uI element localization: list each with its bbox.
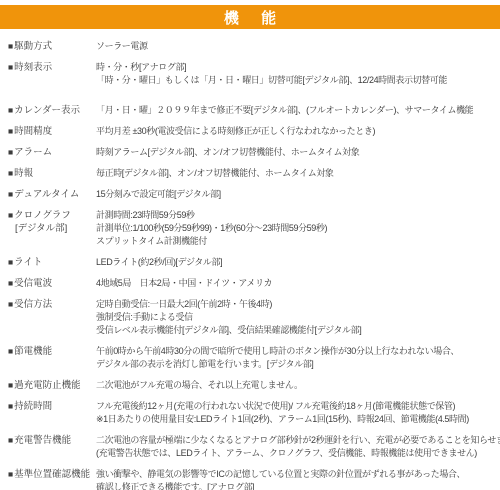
row-label: ■カレンダー表示	[8, 104, 96, 117]
row-label: ■過充電防止機能	[8, 379, 96, 392]
row-value-line: 毎正時[デジタル部]、オン/オフ切替機能付、ホームタイム対象	[96, 167, 498, 180]
table-row: ■時刻表示時・分・秒[アナログ部]「時・分・曜日」もしくは「月・日・曜日」切替可…	[8, 61, 498, 87]
row-label: ■時報	[8, 167, 96, 180]
row-label-line: ■ライト	[8, 256, 96, 269]
bullet-square-icon: ■	[8, 62, 13, 72]
row-value: 定時自動受信:一日最大2回(午前2時・午後4時)強制受信:手動による受信受信レベ…	[96, 298, 498, 337]
row-value: LEDライト(約2秒/回)[デジタル部]	[96, 256, 498, 269]
row-value-line: 定時自動受信:一日最大2回(午前2時・午後4時)	[96, 298, 498, 311]
spec-table: ■駆動方式ソーラー電源■時刻表示時・分・秒[アナログ部]「時・分・曜日」もしくは…	[0, 29, 500, 490]
row-label-text: 時報	[14, 168, 33, 179]
table-row: ■時間精度平均月差 ±30秒(電波受信による時刻修正が正しく行なわれなかったとき…	[8, 125, 498, 138]
row-label-text: クロノグラフ	[14, 210, 71, 221]
row-label-text: カレンダー表示	[14, 105, 80, 116]
row-label-text: ライト	[14, 257, 42, 268]
row-label-text: 充電警告機能	[14, 435, 71, 446]
row-label-text: 基準位置確認機能	[14, 469, 90, 480]
row-label-text: アラーム	[14, 147, 52, 158]
row-value: 平均月差 ±30秒(電波受信による時刻修正が正しく行なわれなかったとき)	[96, 125, 498, 138]
row-label-line: ■受信方法	[8, 298, 96, 311]
table-row: ■カレンダー表示「月・日・曜」２０９９年まで修正不要[デジタル部]、(フルオート…	[8, 104, 498, 117]
table-row: ■駆動方式ソーラー電源	[8, 40, 498, 53]
table-row: ■過充電防止機能二次電池がフル充電の場合、それ以上充電しません。	[8, 379, 498, 392]
row-value: 二次電池の容量が極端に少なくなるとアナログ部秒針が2秒運針を行い、充電が必要であ…	[96, 434, 500, 460]
row-value-line: (充電警告状態では、LEDライト、アラーム、クロノグラフ、受信機能、時報機能は使…	[96, 447, 500, 460]
row-value-line: フル充電後約12ヶ月(充電の行われない状況で使用)/ フル充電後約18ヶ月(節電…	[96, 400, 498, 413]
row-label-line: ■アラーム	[8, 146, 96, 159]
row-value: 午前0時から午前4時30分の間で暗所で使用し時計のボタン操作が30分以上行なわれ…	[96, 345, 498, 371]
bullet-square-icon: ■	[8, 147, 13, 157]
row-label-line: ■時刻表示	[8, 61, 96, 74]
bullet-square-icon: ■	[8, 299, 13, 309]
row-label-text: 駆動方式	[14, 41, 52, 52]
row-value-line: 計測時間:23時間59分59秒	[96, 209, 498, 222]
row-label-text: 持続時間	[14, 401, 52, 412]
row-label-text: 受信電波	[14, 278, 52, 289]
row-label: ■節電機能	[8, 345, 96, 358]
row-value: 15分刻みで設定可能[デジタル部]	[96, 188, 498, 201]
row-value: 二次電池がフル充電の場合、それ以上充電しません。	[96, 379, 498, 392]
row-value-line: 強い衝撃や、静電気の影響等でICの記憶している位置と実際の針位置がずれる事があっ…	[96, 468, 498, 481]
row-value: ソーラー電源	[96, 40, 498, 53]
bullet-square-icon: ■	[8, 168, 13, 178]
row-label-line: ■節電機能	[8, 345, 96, 358]
row-label-line: ■基準位置確認機能	[8, 468, 96, 481]
section-title: 機 能	[215, 7, 285, 28]
row-label: ■アラーム	[8, 146, 96, 159]
row-value-line: 受信レベル表示機能付[デジタル部]、受信結果確認機能付[デジタル部]	[96, 324, 498, 337]
row-label-line: ■カレンダー表示	[8, 104, 96, 117]
table-row: ■持続時間フル充電後約12ヶ月(充電の行われない状況で使用)/ フル充電後約18…	[8, 400, 498, 426]
row-value-line: 時刻アラーム[デジタル部]、オン/オフ切替機能付、ホームタイム対象	[96, 146, 498, 159]
table-row: ■デュアルタイム15分刻みで設定可能[デジタル部]	[8, 188, 498, 201]
row-value-line: 時・分・秒[アナログ部]	[96, 61, 498, 74]
row-label-line: ■デュアルタイム	[8, 188, 96, 201]
row-value-line: 二次電池の容量が極端に少なくなるとアナログ部秒針が2秒運針を行い、充電が必要であ…	[96, 434, 500, 447]
row-label: ■充電警告機能	[8, 434, 96, 447]
row-label-line: ■クロノグラフ	[8, 209, 96, 222]
row-label-line: ■駆動方式	[8, 40, 96, 53]
table-row: ■受信方法定時自動受信:一日最大2回(午前2時・午後4時)強制受信:手動による受…	[8, 298, 498, 337]
row-label: ■受信方法	[8, 298, 96, 311]
table-row: ■受信電波4地域5局 日本2局・中国・ドイツ・アメリカ	[8, 277, 498, 290]
row-label: ■受信電波	[8, 277, 96, 290]
row-value: 4地域5局 日本2局・中国・ドイツ・アメリカ	[96, 277, 498, 290]
row-value: フル充電後約12ヶ月(充電の行われない状況で使用)/ フル充電後約18ヶ月(節電…	[96, 400, 498, 426]
bullet-square-icon: ■	[8, 105, 13, 115]
row-label-line: ■時間精度	[8, 125, 96, 138]
row-label-text: 受信方法	[14, 299, 52, 310]
row-label-text: 時間精度	[14, 126, 52, 137]
row-value-line: スプリットタイム計測機能付	[96, 235, 498, 248]
row-label: ■デュアルタイム	[8, 188, 96, 201]
row-label: ■クロノグラフ[デジタル部]	[8, 209, 96, 235]
bullet-square-icon: ■	[8, 126, 13, 136]
row-value: 強い衝撃や、静電気の影響等でICの記憶している位置と実際の針位置がずれる事があっ…	[96, 468, 498, 490]
row-value-line: 二次電池がフル充電の場合、それ以上充電しません。	[96, 379, 498, 392]
row-label-text: 過充電防止機能	[14, 380, 81, 391]
row-value-line: 「時・分・曜日」もしくは「月・日・曜日」切替可能[デジタル部]、12/24時間表…	[96, 74, 498, 87]
row-value-line: 15分刻みで設定可能[デジタル部]	[96, 188, 498, 201]
row-value: 計測時間:23時間59分59秒計測単位:1/100秒(59分59秒99)・1秒(…	[96, 209, 498, 248]
row-value-line: 計測単位:1/100秒(59分59秒99)・1秒(60分〜23時間59分59秒)	[96, 222, 498, 235]
row-label: ■ライト	[8, 256, 96, 269]
row-value-line: ソーラー電源	[96, 40, 498, 53]
row-label: ■持続時間	[8, 400, 96, 413]
row-label-text: 時刻表示	[14, 62, 52, 73]
bullet-square-icon: ■	[8, 401, 13, 411]
bullet-square-icon: ■	[8, 435, 13, 445]
table-row: ■クロノグラフ[デジタル部]計測時間:23時間59分59秒計測単位:1/100秒…	[8, 209, 498, 248]
row-value: 毎正時[デジタル部]、オン/オフ切替機能付、ホームタイム対象	[96, 167, 498, 180]
bullet-square-icon: ■	[8, 189, 13, 199]
bullet-square-icon: ■	[8, 380, 13, 390]
bullet-square-icon: ■	[8, 469, 13, 479]
bullet-square-icon: ■	[8, 210, 13, 220]
table-row: ■アラーム時刻アラーム[デジタル部]、オン/オフ切替機能付、ホームタイム対象	[8, 146, 498, 159]
row-value-line: LEDライト(約2秒/回)[デジタル部]	[96, 256, 498, 269]
row-value-line: 4地域5局 日本2局・中国・ドイツ・アメリカ	[96, 277, 498, 290]
row-label-text: 節電機能	[14, 346, 52, 357]
row-label-line: ■時報	[8, 167, 96, 180]
row-label-line2: [デジタル部]	[8, 222, 96, 235]
row-value-line: ※1日あたりの使用量目安:LEDライト1回(2秒)、アラーム1回(15秒)、時報…	[96, 413, 498, 426]
bullet-square-icon: ■	[8, 257, 13, 267]
row-label: ■駆動方式	[8, 40, 96, 53]
row-label: ■時間精度	[8, 125, 96, 138]
bullet-square-icon: ■	[8, 278, 13, 288]
row-value: 時刻アラーム[デジタル部]、オン/オフ切替機能付、ホームタイム対象	[96, 146, 498, 159]
row-label-text: デュアルタイム	[14, 189, 79, 200]
bullet-square-icon: ■	[8, 41, 13, 51]
row-value-line: 「月・日・曜」２０９９年まで修正不要[デジタル部]、(フルオートカレンダー)、サ…	[96, 104, 498, 117]
row-label-line: ■過充電防止機能	[8, 379, 96, 392]
row-label: ■基準位置確認機能	[8, 468, 96, 481]
row-value: 「月・日・曜」２０９９年まで修正不要[デジタル部]、(フルオートカレンダー)、サ…	[96, 104, 498, 117]
row-label: ■時刻表示	[8, 61, 96, 74]
row-value-line: 午前0時から午前4時30分の間で暗所で使用し時計のボタン操作が30分以上行なわれ…	[96, 345, 498, 358]
section-header-bar: 機 能	[0, 5, 500, 29]
table-row: ■基準位置確認機能強い衝撃や、静電気の影響等でICの記憶している位置と実際の針位…	[8, 468, 498, 490]
row-label-line: ■受信電波	[8, 277, 96, 290]
table-row: ■節電機能午前0時から午前4時30分の間で暗所で使用し時計のボタン操作が30分以…	[8, 345, 498, 371]
row-value: 時・分・秒[アナログ部]「時・分・曜日」もしくは「月・日・曜日」切替可能[デジタ…	[96, 61, 498, 87]
row-value-line: デジタル部の表示を消灯し節電を行います。[デジタル部]	[96, 358, 498, 371]
row-value-line: 強制受信:手動による受信	[96, 311, 498, 324]
row-value-line: 平均月差 ±30秒(電波受信による時刻修正が正しく行なわれなかったとき)	[96, 125, 498, 138]
bullet-square-icon: ■	[8, 346, 13, 356]
table-row: ■時報毎正時[デジタル部]、オン/オフ切替機能付、ホームタイム対象	[8, 167, 498, 180]
row-label-line: ■持続時間	[8, 400, 96, 413]
table-row: ■充電警告機能二次電池の容量が極端に少なくなるとアナログ部秒針が2秒運針を行い、…	[8, 434, 498, 460]
row-label-line: ■充電警告機能	[8, 434, 96, 447]
table-row: ■ライトLEDライト(約2秒/回)[デジタル部]	[8, 256, 498, 269]
row-value-line: 確認し修正できる機能です。[アナログ部]	[96, 481, 498, 490]
